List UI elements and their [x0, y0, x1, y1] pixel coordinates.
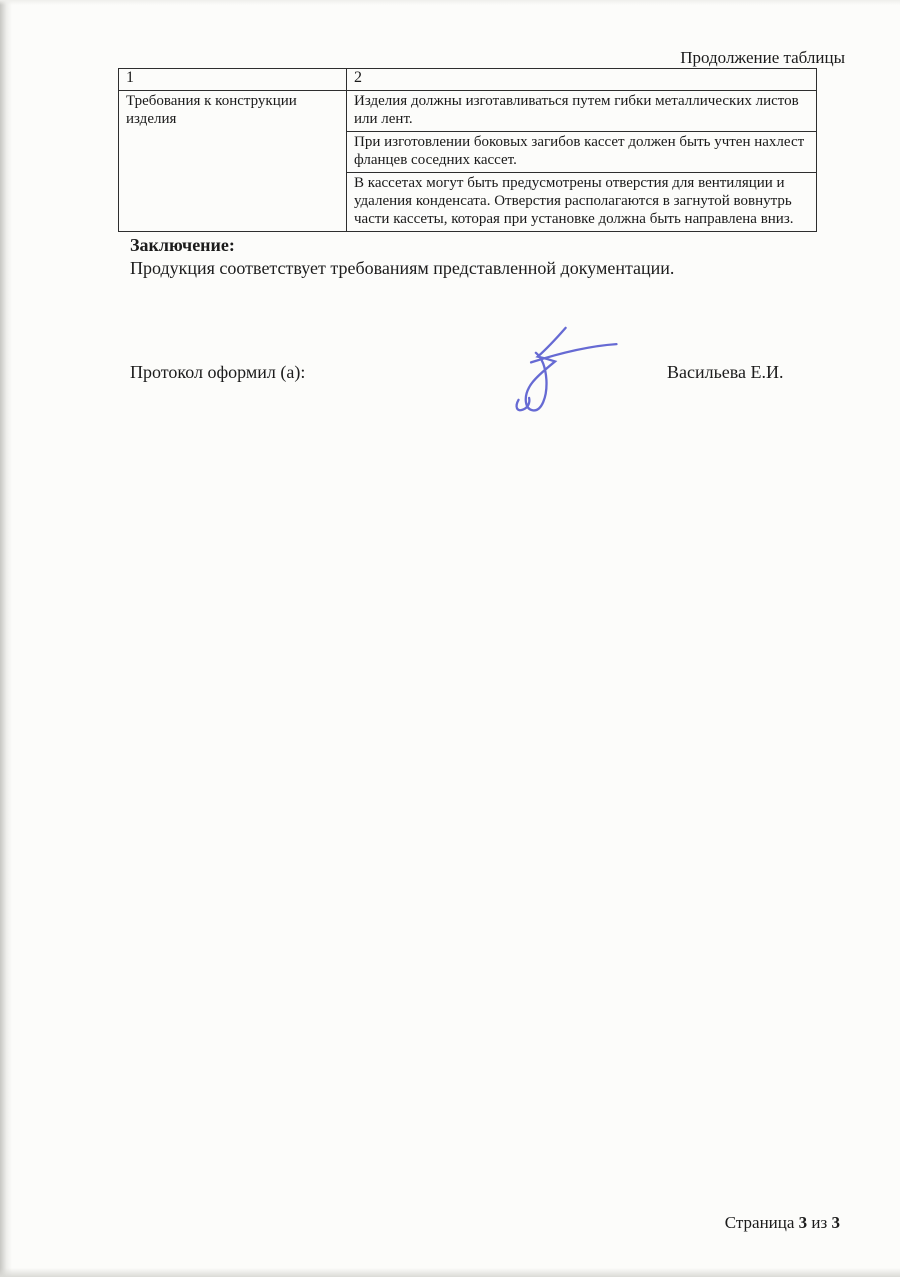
- table-cell-requirement-2: При изготовлении боковых загибов кассет …: [347, 132, 817, 173]
- conclusion-section: Заключение: Продукция соответствует треб…: [130, 234, 770, 280]
- signature-strokes: [517, 328, 617, 411]
- scan-edge-left: [0, 0, 12, 1277]
- table-continuation-label: Продолжение таблицы: [680, 48, 845, 68]
- footer-page-number: 3: [799, 1213, 808, 1232]
- requirements-table: 1 2 Требования к конструкции изделия Изд…: [118, 68, 817, 232]
- footer-separator: из: [811, 1213, 827, 1232]
- signer-name: Васильева Е.И.: [667, 362, 784, 383]
- scan-edge-top: [0, 0, 900, 5]
- table-row: Требования к конструкции изделия Изделия…: [119, 91, 817, 132]
- protocol-author-label: Протокол оформил (а):: [130, 362, 305, 383]
- scanned-document-page: Продолжение таблицы 1 2 Требования к кон…: [0, 0, 900, 1277]
- table-cell-parameter: Требования к конструкции изделия: [119, 91, 347, 232]
- table-cell-requirement-3: В кассетах могут быть предусмотрены отве…: [347, 173, 817, 232]
- page-footer: Страница 3 из 3: [725, 1213, 840, 1233]
- handwritten-signature-icon: [486, 324, 626, 420]
- table-header-col-1: 1: [119, 69, 347, 91]
- table-cell-requirement-1: Изделия должны изготавливаться путем гиб…: [347, 91, 817, 132]
- conclusion-heading: Заключение:: [130, 234, 770, 257]
- table-header-col-2: 2: [347, 69, 817, 91]
- footer-total-pages: 3: [832, 1213, 841, 1232]
- table-header-row: 1 2: [119, 69, 817, 91]
- conclusion-text: Продукция соответствует требованиям пред…: [130, 257, 770, 280]
- footer-page-label: Страница: [725, 1213, 795, 1232]
- scan-edge-bottom: [0, 1268, 900, 1277]
